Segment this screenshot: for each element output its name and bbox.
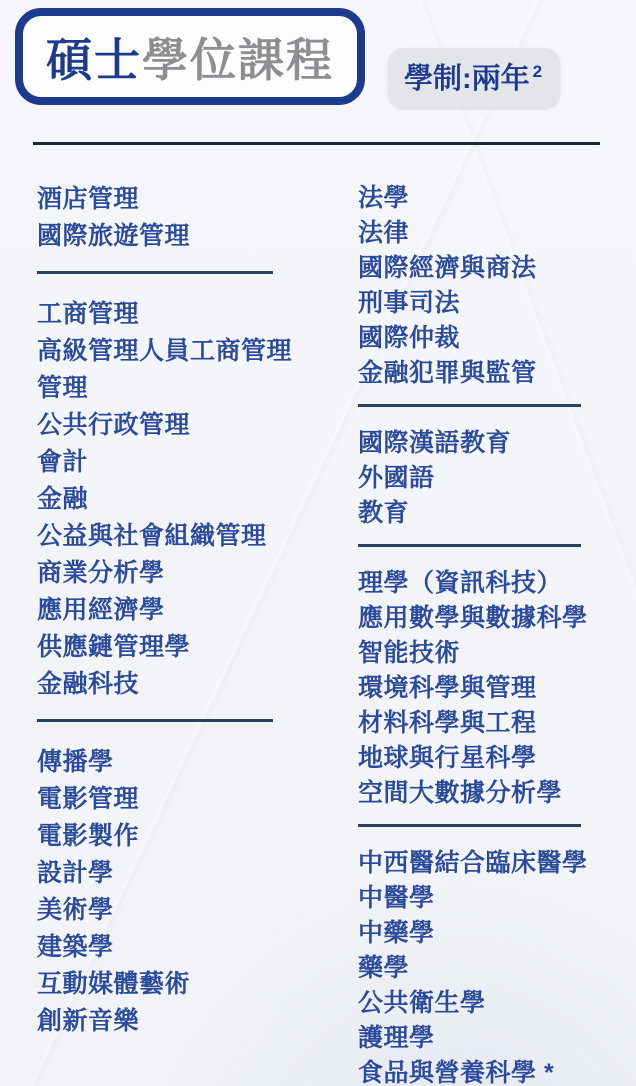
section-divider xyxy=(37,719,273,722)
program-item: 傳播學 xyxy=(37,744,358,781)
program-item: 法學 xyxy=(358,181,628,216)
program-item: 食品與營養科學 * xyxy=(358,1056,628,1086)
program-item: 應用數學與數據科學 xyxy=(358,601,628,636)
program-item: 工商管理 xyxy=(37,296,358,333)
section-divider xyxy=(358,544,581,547)
program-item: 理學（資訊科技） xyxy=(358,566,628,601)
program-item: 環境科學與管理 xyxy=(358,671,628,706)
title-box: 碩士學位課程 xyxy=(15,8,365,105)
program-item: 國際仲裁 xyxy=(358,321,628,356)
program-item: 供應鏈管理學 xyxy=(37,629,358,666)
duration-badge: 學制:兩年2 xyxy=(388,48,560,108)
program-item: 金融科技 xyxy=(37,666,358,703)
program-item: 中藥學 xyxy=(358,916,628,951)
program-item: 公益與社會組織管理 xyxy=(37,518,358,555)
program-item: 護理學 xyxy=(358,1021,628,1056)
program-item: 美術學 xyxy=(37,892,358,929)
program-item: 外國語 xyxy=(358,461,628,496)
program-item: 中醫學 xyxy=(358,881,628,916)
badge-superscript: 2 xyxy=(533,62,542,81)
section-divider xyxy=(358,824,581,827)
program-item: 高級管理人員工商管理 xyxy=(37,333,358,370)
right-column: 法學法律國際經濟與商法刑事司法國際仲裁金融犯罪與監管國際漢語教育外國語教育理學（… xyxy=(358,181,628,1086)
program-item: 國際漢語教育 xyxy=(358,426,628,461)
program-item: 智能技術 xyxy=(358,636,628,671)
header: 碩士學位課程 學制:兩年2 xyxy=(0,0,636,108)
program-item: 電影製作 xyxy=(37,818,358,855)
title-text-primary: 碩士 xyxy=(46,24,142,90)
program-item: 金融 xyxy=(37,481,358,518)
section-divider xyxy=(358,404,581,407)
badge-text: 學制:兩年 xyxy=(404,63,530,95)
program-item: 會計 xyxy=(37,444,358,481)
program-item: 酒店管理 xyxy=(37,181,358,218)
program-item: 商業分析學 xyxy=(37,555,358,592)
program-item: 金融犯罪與監管 xyxy=(358,356,628,391)
program-item: 設計學 xyxy=(37,855,358,892)
program-item: 法律 xyxy=(358,216,628,251)
program-item: 中西醫結合臨床醫學 xyxy=(358,846,628,881)
program-item: 創新音樂 xyxy=(37,1003,358,1040)
program-item: 應用經濟學 xyxy=(37,592,358,629)
program-item: 刑事司法 xyxy=(358,286,628,321)
program-item: 公共行政管理 xyxy=(37,407,358,444)
program-item: 材料科學與工程 xyxy=(358,706,628,741)
program-item: 地球與行星科學 xyxy=(358,741,628,776)
program-item: 國際經濟與商法 xyxy=(358,251,628,286)
page: 碩士學位課程 學制:兩年2 酒店管理國際旅遊管理工商管理高級管理人員工商管理管理… xyxy=(0,0,636,1086)
program-item: 電影管理 xyxy=(37,781,358,818)
program-item: 國際旅遊管理 xyxy=(37,218,358,255)
program-columns: 酒店管理國際旅遊管理工商管理高級管理人員工商管理管理公共行政管理會計金融公益與社… xyxy=(0,145,636,1086)
program-item: 公共衛生學 xyxy=(358,986,628,1021)
program-item: 建築學 xyxy=(37,929,358,966)
title-text-secondary: 學位課程 xyxy=(142,24,334,90)
program-item: 互動媒體藝術 xyxy=(37,966,358,1003)
program-item: 管理 xyxy=(37,370,358,407)
program-item: 教育 xyxy=(358,496,628,531)
left-column: 酒店管理國際旅遊管理工商管理高級管理人員工商管理管理公共行政管理會計金融公益與社… xyxy=(37,181,358,1086)
section-divider xyxy=(37,271,273,274)
program-item: 藥學 xyxy=(358,951,628,986)
program-item: 空間大數據分析學 xyxy=(358,776,628,811)
